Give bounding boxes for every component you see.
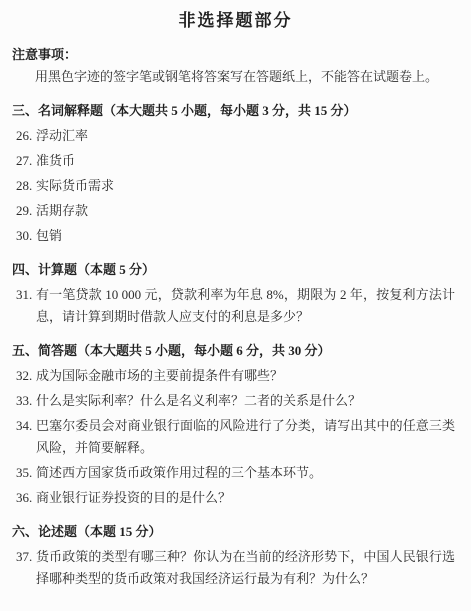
question-text: 准货币 xyxy=(36,150,455,172)
section-heading: 三、名词解释题（本大题共 5 小题，每小题 3 分，共 15 分） xyxy=(12,100,455,122)
question-text: 活期存款 xyxy=(36,200,455,222)
notes-body: 用黑色字迹的签字笔或钢笔将答案写在答题纸上，不能答在试题卷上。 xyxy=(35,66,455,88)
notes-heading: 注意事项： xyxy=(12,44,471,66)
exam-page: 非选择题部分 注意事项： 用黑色字迹的签字笔或钢笔将答案写在答题纸上，不能答在试… xyxy=(0,0,471,611)
question-number: 32. xyxy=(16,365,36,387)
question-text: 简述西方国家货币政策作用过程的三个基本环节。 xyxy=(36,462,455,484)
question-item-26: 26. 浮动汇率 xyxy=(16,125,455,147)
question-text: 巴塞尔委员会对商业银行面临的风险进行了分类，请写出其中的任意三类风险，并简要解释… xyxy=(36,415,455,459)
question-item-27: 27. 准货币 xyxy=(16,150,455,172)
question-text: 实际货币需求 xyxy=(36,175,455,197)
question-number: 28. xyxy=(16,175,36,197)
question-number: 29. xyxy=(16,200,36,222)
question-item-32: 32. 成为国际金融市场的主要前提条件有哪些？ xyxy=(16,365,455,387)
question-text: 有一笔贷款 10 000 元，贷款利率为年息 8%，期限为 2 年，按复利方法计… xyxy=(36,284,455,328)
page-title: 非选择题部分 xyxy=(0,0,471,32)
section-short-answer: 五、简答题（本大题共 5 小题，每小题 6 分，共 30 分） 32. 成为国际… xyxy=(0,340,471,509)
section-heading: 五、简答题（本大题共 5 小题，每小题 6 分，共 30 分） xyxy=(12,340,455,362)
question-item-37: 37. 货币政策的类型有哪三种？你认为在当前的经济形势下，中国人民银行选择哪种类… xyxy=(16,546,455,590)
question-number: 35. xyxy=(16,462,36,484)
question-item-34: 34. 巴塞尔委员会对商业银行面临的风险进行了分类，请写出其中的任意三类风险，并… xyxy=(16,415,455,459)
question-number: 36. xyxy=(16,487,36,509)
section-calculation: 四、计算题（本题 5 分） 31. 有一笔贷款 10 000 元，贷款利率为年息… xyxy=(0,259,471,328)
question-number: 31. xyxy=(16,284,36,328)
question-item-33: 33. 什么是实际利率？什么是名义利率？二者的关系是什么？ xyxy=(16,390,455,412)
question-item-28: 28. 实际货币需求 xyxy=(16,175,455,197)
question-text: 包销 xyxy=(36,225,455,247)
question-number: 30. xyxy=(16,225,36,247)
question-item-36: 36. 商业银行证券投资的目的是什么？ xyxy=(16,487,455,509)
question-number: 26. xyxy=(16,125,36,147)
question-item-31: 31. 有一笔贷款 10 000 元，贷款利率为年息 8%，期限为 2 年，按复… xyxy=(16,284,455,328)
section-heading: 六、论述题（本题 15 分） xyxy=(12,521,455,543)
question-text: 商业银行证券投资的目的是什么？ xyxy=(36,487,455,509)
question-number: 34. xyxy=(16,415,36,459)
section-heading: 四、计算题（本题 5 分） xyxy=(12,259,455,281)
question-item-30: 30. 包销 xyxy=(16,225,455,247)
question-item-29: 29. 活期存款 xyxy=(16,200,455,222)
question-text: 什么是实际利率？什么是名义利率？二者的关系是什么？ xyxy=(36,390,455,412)
section-term-definitions: 三、名词解释题（本大题共 5 小题，每小题 3 分，共 15 分） 26. 浮动… xyxy=(0,100,471,247)
question-number: 33. xyxy=(16,390,36,412)
question-number: 27. xyxy=(16,150,36,172)
question-text: 货币政策的类型有哪三种？你认为在当前的经济形势下，中国人民银行选择哪种类型的货币… xyxy=(36,546,455,590)
question-number: 37. xyxy=(16,546,36,590)
question-text: 浮动汇率 xyxy=(36,125,455,147)
question-text: 成为国际金融市场的主要前提条件有哪些？ xyxy=(36,365,455,387)
question-item-35: 35. 简述西方国家货币政策作用过程的三个基本环节。 xyxy=(16,462,455,484)
section-essay: 六、论述题（本题 15 分） 37. 货币政策的类型有哪三种？你认为在当前的经济… xyxy=(0,521,471,590)
